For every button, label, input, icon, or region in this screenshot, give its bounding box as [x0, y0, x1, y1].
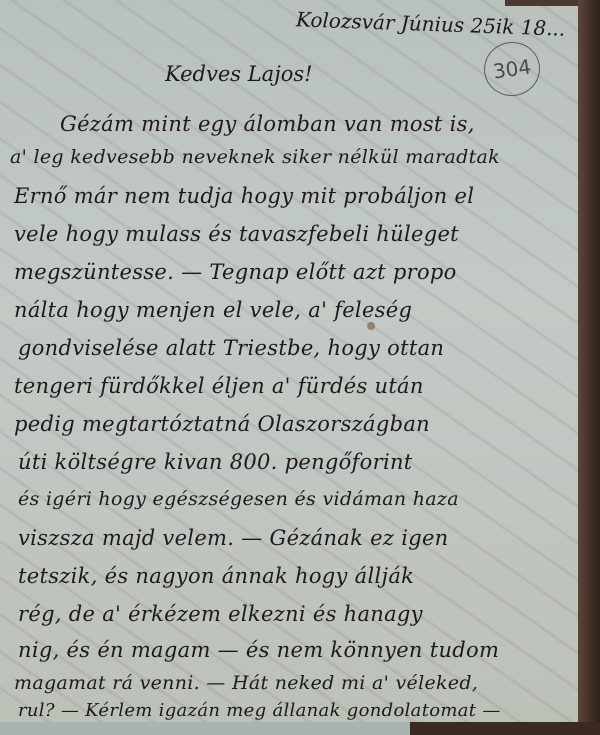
scan-bottom-strip [0, 722, 410, 735]
scan-border-right [578, 0, 600, 735]
archive-number-stamp: 304 [481, 38, 544, 99]
place-date-header: Kolozsvár Június 25ik 18... [296, 7, 566, 40]
scanned-letter: Kolozsvár Június 25ik 18... 304 Kedves L… [0, 0, 600, 735]
letter-line: magamat rá venni. — Hát neked mi a' véle… [14, 672, 478, 694]
letter-line: a' leg kedvesebb neveknek siker nélkül m… [10, 146, 500, 168]
ink-stain [367, 322, 375, 330]
letter-line: Ernő már nem tudja hogy mit probáljon el [14, 184, 474, 208]
letter-line: és igéri hogy egészségesen és vidáman ha… [18, 488, 459, 510]
salutation: Kedves Lajos! [165, 62, 313, 86]
letter-line: rul? — Kérlem igazán meg állanak gondola… [18, 700, 501, 721]
letter-line: viszsza majd velem. — Gézának ez igen [18, 526, 449, 550]
letter-line: úti költségre kivan 800. pengőforint [18, 450, 413, 474]
letter-line: gondviselése alatt Triestbe, hogy ottan [18, 336, 444, 360]
letter-line: rég, de a' érkézem elkezni és hanagy [18, 602, 423, 626]
letter-line: pedig megtartóztatná Olaszországban [14, 412, 430, 436]
archive-number: 304 [491, 54, 532, 83]
letter-paper: Kolozsvár Június 25ik 18... 304 Kedves L… [0, 0, 578, 722]
letter-line: tetszik, és nagyon ánnak hogy állják [18, 564, 414, 588]
letter-line: tengeri fürdőkkel éljen a' fürdés után [14, 374, 424, 398]
letter-line: megszüntesse. — Tegnap előtt azt propo [14, 260, 457, 284]
letter-line: nig, és én magam — és nem könnyen tudom [18, 638, 499, 662]
letter-line: vele hogy mulass és tavaszfebeli hüleget [14, 222, 459, 246]
letter-line: nálta hogy menjen el vele, a' feleség [14, 298, 412, 322]
letter-line: Gézám mint egy álomban van most is, [60, 112, 475, 136]
